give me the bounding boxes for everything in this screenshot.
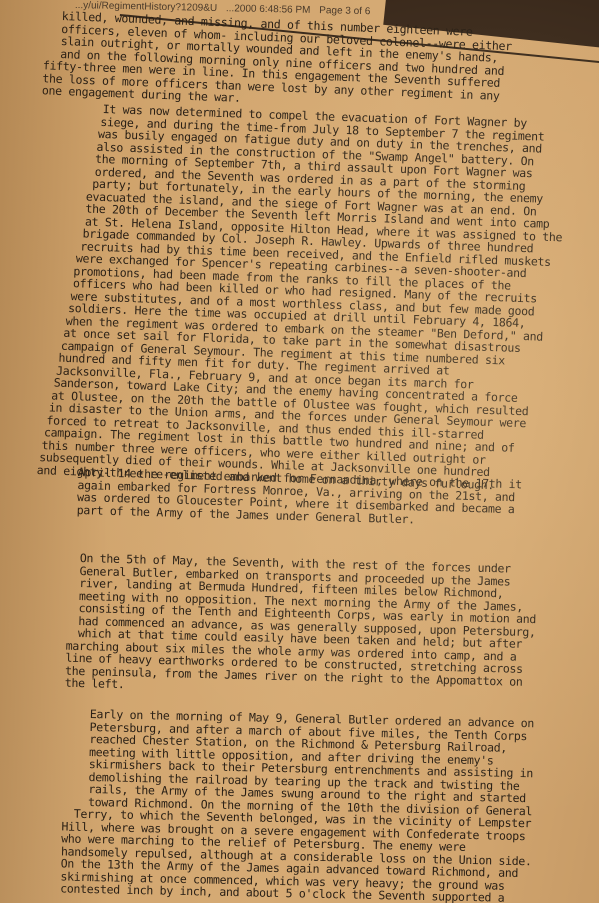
header-timestamp: ...2000 6:48:56 PM	[226, 3, 311, 16]
paragraph-fort-wagner-florida: It was now determined to compel the evac…	[91, 103, 567, 493]
paragraph-april-14: April 14 the regiment embarked for Ferna…	[77, 466, 522, 528]
header-page-indicator: Page 3 of 6	[319, 5, 370, 17]
paragraph-may-9: Early on the morning of May 9, General B…	[86, 708, 535, 903]
paragraph-casualties: killed, wounded, and missing, and of thi…	[59, 10, 513, 115]
paragraph-may-5: On the 5th of May, the Seventh, with the…	[77, 552, 538, 701]
